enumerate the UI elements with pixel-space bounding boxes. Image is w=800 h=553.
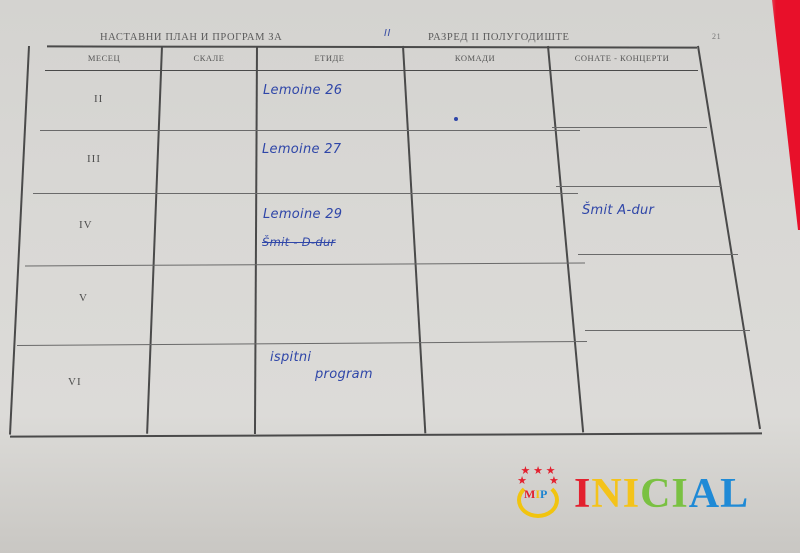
exam-program-line2: program <box>315 367 373 382</box>
column-divider <box>254 46 258 434</box>
month-cell: VI <box>68 376 82 388</box>
title-part-1: НАСТАВНИ ПЛАН И ПРОГРАМ ЗА <box>100 32 282 43</box>
row-divider <box>25 263 585 267</box>
brand-wordmark: INICIAL <box>574 470 749 518</box>
row-divider <box>585 330 750 331</box>
month-cell: IV <box>79 219 93 231</box>
month-cell: V <box>79 292 88 304</box>
column-header-etudes: ЕТИДЕ <box>257 49 402 67</box>
column-divider <box>547 46 584 433</box>
table-border-left <box>9 46 30 435</box>
row-divider <box>552 127 707 128</box>
row-divider <box>40 130 580 131</box>
row-divider <box>17 341 587 346</box>
exam-program-line1: ispitni <box>270 350 311 365</box>
etude-entry: Lemoine 26 <box>263 83 342 98</box>
grade-handwritten: II <box>384 28 391 39</box>
inicial-watermark-logo: ★ ★ ★★ ★ MIP INICIAL <box>510 466 780 522</box>
column-header-pieces: КОМАДИ <box>403 49 547 67</box>
column-header-scales: СКАЛЕ <box>162 49 256 67</box>
column-divider <box>402 46 426 433</box>
etude-entry: Lemoine 29 <box>263 207 342 222</box>
sonata-entry: Šmit A-dur <box>582 203 654 218</box>
row-divider <box>556 186 721 187</box>
column-header-month: МЕСЕЦ <box>48 49 160 67</box>
ink-dot <box>454 117 458 121</box>
column-divider <box>146 46 162 434</box>
title-part-2: РАЗРЕД II ПОЛУГОДИШТЕ <box>428 32 570 43</box>
header-divider <box>45 70 698 71</box>
table-border-right <box>697 46 761 429</box>
table-border-bottom <box>10 432 762 437</box>
month-cell: III <box>87 153 101 165</box>
month-cell: II <box>94 93 103 105</box>
etude-entry: Lemoine 27 <box>262 142 341 157</box>
column-header-sonatas-concertos: СОНАТЕ - КОНЦЕРТИ <box>548 49 696 67</box>
mp-emblem-icon: ★ ★ ★★ ★ MIP <box>512 466 564 522</box>
row-divider <box>578 254 738 255</box>
etude-entry-struck: Šmit - D-dur <box>262 235 336 249</box>
row-divider <box>33 193 578 194</box>
page-mark: 21 <box>712 32 721 41</box>
